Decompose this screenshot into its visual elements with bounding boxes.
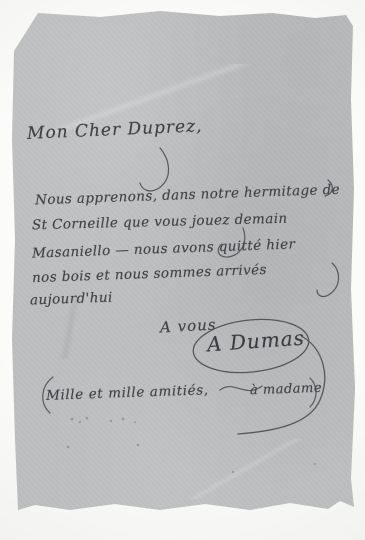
letter-body-line: Masaniello — nous avons quitté hier <box>32 236 296 261</box>
letter-body-line: Nous apprenons, dans notre hermitage de <box>35 182 340 209</box>
letter-paper: Mon Cher Duprez, Nous apprenons, dans no… <box>10 9 355 520</box>
letter-postscript-madame: à madame <box>250 381 323 399</box>
letter-photo: Mon Cher Duprez, Nous apprenons, dans no… <box>0 0 365 540</box>
letter-salutation: Mon Cher Duprez, <box>27 116 203 144</box>
letter-body-line: St Corneille que vous jouez demain <box>32 211 288 234</box>
letter-postscript: Mille et mille amitiés, <box>46 382 209 404</box>
arrives-flourish <box>317 263 339 297</box>
letter-body-line: nos bois et nous sommes arrivés <box>32 262 267 286</box>
letter-body-line: aujourd'hui <box>30 290 113 309</box>
dumas-signature: A Dumas <box>206 326 305 357</box>
salutation-flourish <box>140 148 169 191</box>
paper-crease <box>10 299 130 359</box>
pencil-specks <box>67 417 316 473</box>
paper-crease <box>160 439 330 499</box>
